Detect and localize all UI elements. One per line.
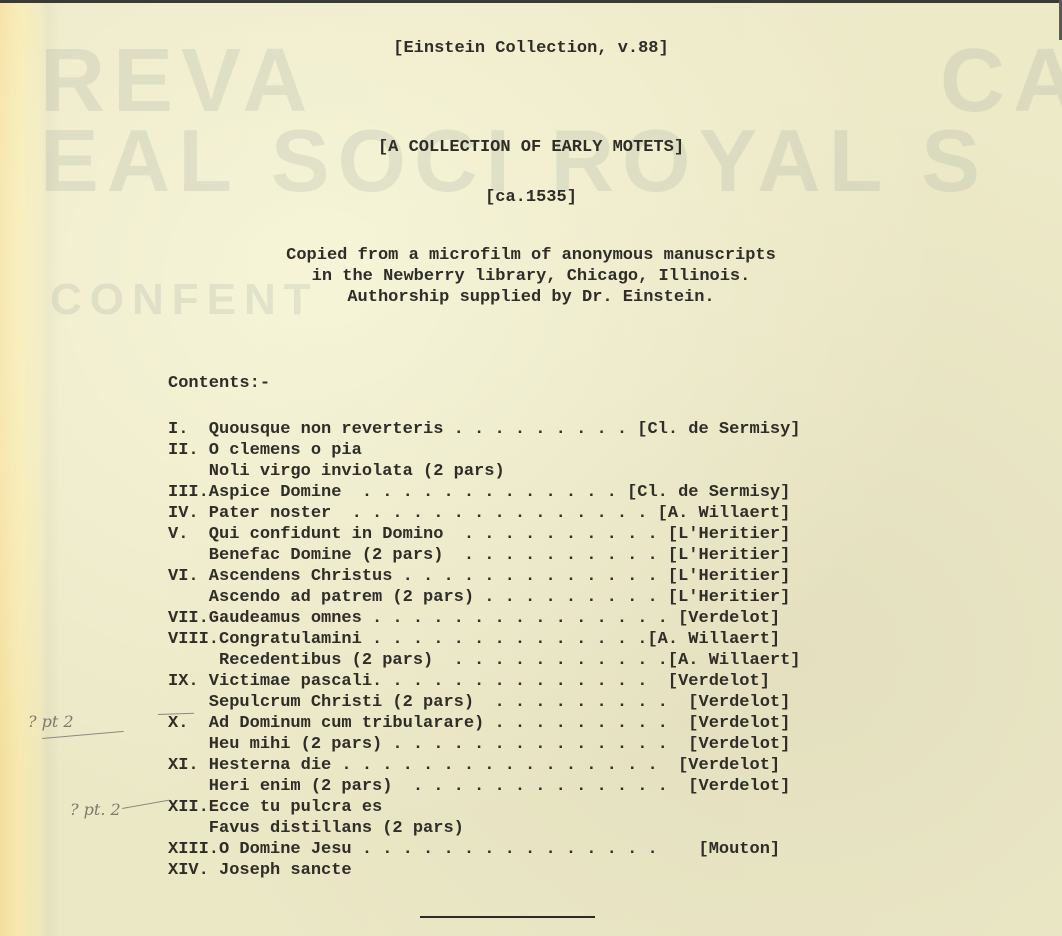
- source-note-line: Copied from a microfilm of anonymous man…: [0, 245, 1062, 266]
- margin-note: ? pt 2: [28, 712, 74, 731]
- contents-item: XII.Ecce tu pulcra es: [168, 797, 382, 818]
- contents-item: Favus distillans (2 pars): [168, 818, 464, 839]
- contents-item: Noli virgo inviolata (2 pars): [168, 461, 505, 482]
- typewritten-page: REVA EAL SOCI ROYAL S CONFENT CA [Einste…: [0, 0, 1062, 936]
- contents-item: IV. Pater noster . . . . . . . . . . . .…: [168, 503, 790, 524]
- contents-item: Sepulcrum Christi (2 pars) . . . . . . .…: [168, 692, 790, 713]
- contents-item: V. Qui confidunt in Domino . . . . . . .…: [168, 524, 790, 545]
- contents-item: I. Quousque non reverteris . . . . . . .…: [168, 419, 801, 440]
- source-note-line: in the Newberry library, Chicago, Illino…: [0, 266, 1062, 287]
- contents-item: IX. Victimae pascali. . . . . . . . . . …: [168, 671, 770, 692]
- contents-item: II. O clemens o pia: [168, 440, 362, 461]
- closing-rule: [420, 916, 595, 918]
- source-note-line: Authorship supplied by Dr. Einstein.: [0, 287, 1062, 308]
- pencil-stroke: [42, 731, 124, 739]
- contents-item: X. Ad Dominum cum tribularare) . . . . .…: [168, 713, 790, 734]
- contents-item: Benefac Domine (2 pars) . . . . . . . . …: [168, 545, 790, 566]
- contents-item: Recedentibus (2 pars) . . . . . . . . . …: [168, 650, 801, 671]
- margin-note: ? pt. 2: [70, 800, 121, 819]
- contents-item: Ascendo ad patrem (2 pars) . . . . . . .…: [168, 587, 790, 608]
- contents-item: XI. Hesterna die . . . . . . . . . . . .…: [168, 755, 780, 776]
- document-title: [A COLLECTION OF EARLY MOTETS]: [0, 137, 1062, 158]
- pencil-stroke: [122, 800, 169, 809]
- contents-item: Heu mihi (2 pars) . . . . . . . . . . . …: [168, 734, 790, 755]
- collection-label: [Einstein Collection, v.88]: [0, 38, 1062, 59]
- contents-item: VII.Gaudeamus omnes . . . . . . . . . . …: [168, 608, 780, 629]
- scan-top-edge: [0, 0, 1062, 3]
- contents-item: XIII.O Domine Jesu . . . . . . . . . . .…: [168, 839, 780, 860]
- contents-item: Heri enim (2 pars) . . . . . . . . . . .…: [168, 776, 790, 797]
- contents-item: III.Aspice Domine . . . . . . . . . . . …: [168, 482, 790, 503]
- contents-item: VIII.Congratulamini . . . . . . . . . . …: [168, 629, 780, 650]
- contents-item: XIV. Joseph sancte: [168, 860, 352, 881]
- contents-item: VI. Ascendens Christus . . . . . . . . .…: [168, 566, 790, 587]
- contents-heading: Contents:-: [168, 373, 270, 394]
- document-date: [ca.1535]: [0, 187, 1062, 208]
